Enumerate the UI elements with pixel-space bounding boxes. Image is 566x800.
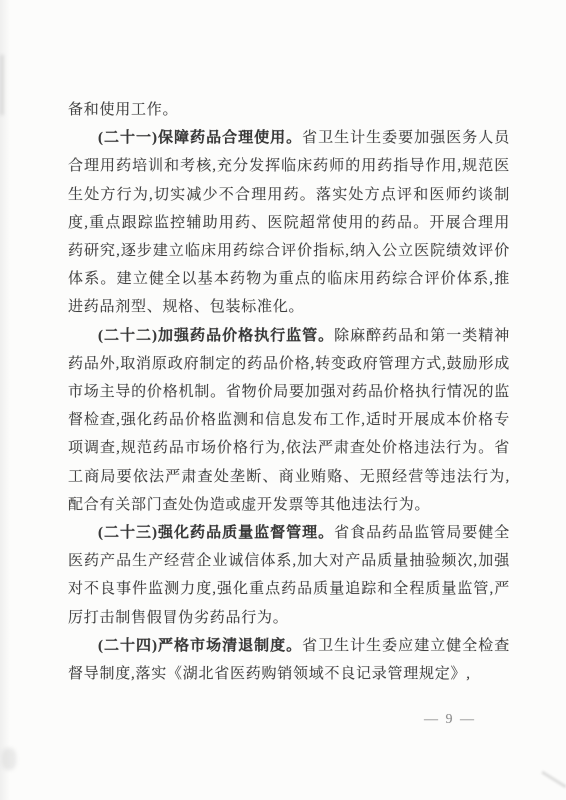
paragraph: (二十二)加强药品价格执行监管。除麻醉药品和第一类精神药品外,取消原政府制定的药… xyxy=(68,322,510,519)
clause-text: 备和使用工作。 xyxy=(68,102,178,118)
scan-smudge-artifact xyxy=(2,748,16,770)
scan-edge-artifact xyxy=(0,0,10,800)
scan-smudge-artifact xyxy=(0,55,4,115)
clause-text: 除麻醉药品和第一类精神药品外,取消原政府制定的药品价格,转变政府管理方式,鼓励形… xyxy=(68,328,510,513)
paragraph: 备和使用工作。 xyxy=(68,96,510,124)
clause-heading: (二十二)加强药品价格执行监管。 xyxy=(98,328,334,344)
page-number: — 9 — xyxy=(400,712,500,728)
clause-text: 省卫生计生委要加强医务人员合理用药培训和考核,充分发挥临床药师的用药指导作用,规… xyxy=(68,130,510,315)
scan-smudge-artifact xyxy=(541,771,566,788)
paragraph: (二十四)严格市场清退制度。省卫生计生委应建立健全检查督导制度,落实《湖北省医药… xyxy=(68,632,510,688)
paragraph: (二十一)保障药品合理使用。省卫生计生委要加强医务人员合理用药培训和考核,充分发… xyxy=(68,124,510,321)
clause-heading: (二十三)强化药品质量监督管理。 xyxy=(98,525,334,541)
clause-heading: (二十四)严格市场清退制度。 xyxy=(98,638,302,654)
document-page: 备和使用工作。(二十一)保障药品合理使用。省卫生计生委要加强医务人员合理用药培训… xyxy=(0,0,566,800)
document-body: 备和使用工作。(二十一)保障药品合理使用。省卫生计生委要加强医务人员合理用药培训… xyxy=(68,96,510,688)
paragraph: (二十三)强化药品质量监督管理。省食品药品监管局要健全医药产品生产经营企业诚信体… xyxy=(68,519,510,632)
clause-heading: (二十一)保障药品合理使用。 xyxy=(98,130,302,146)
